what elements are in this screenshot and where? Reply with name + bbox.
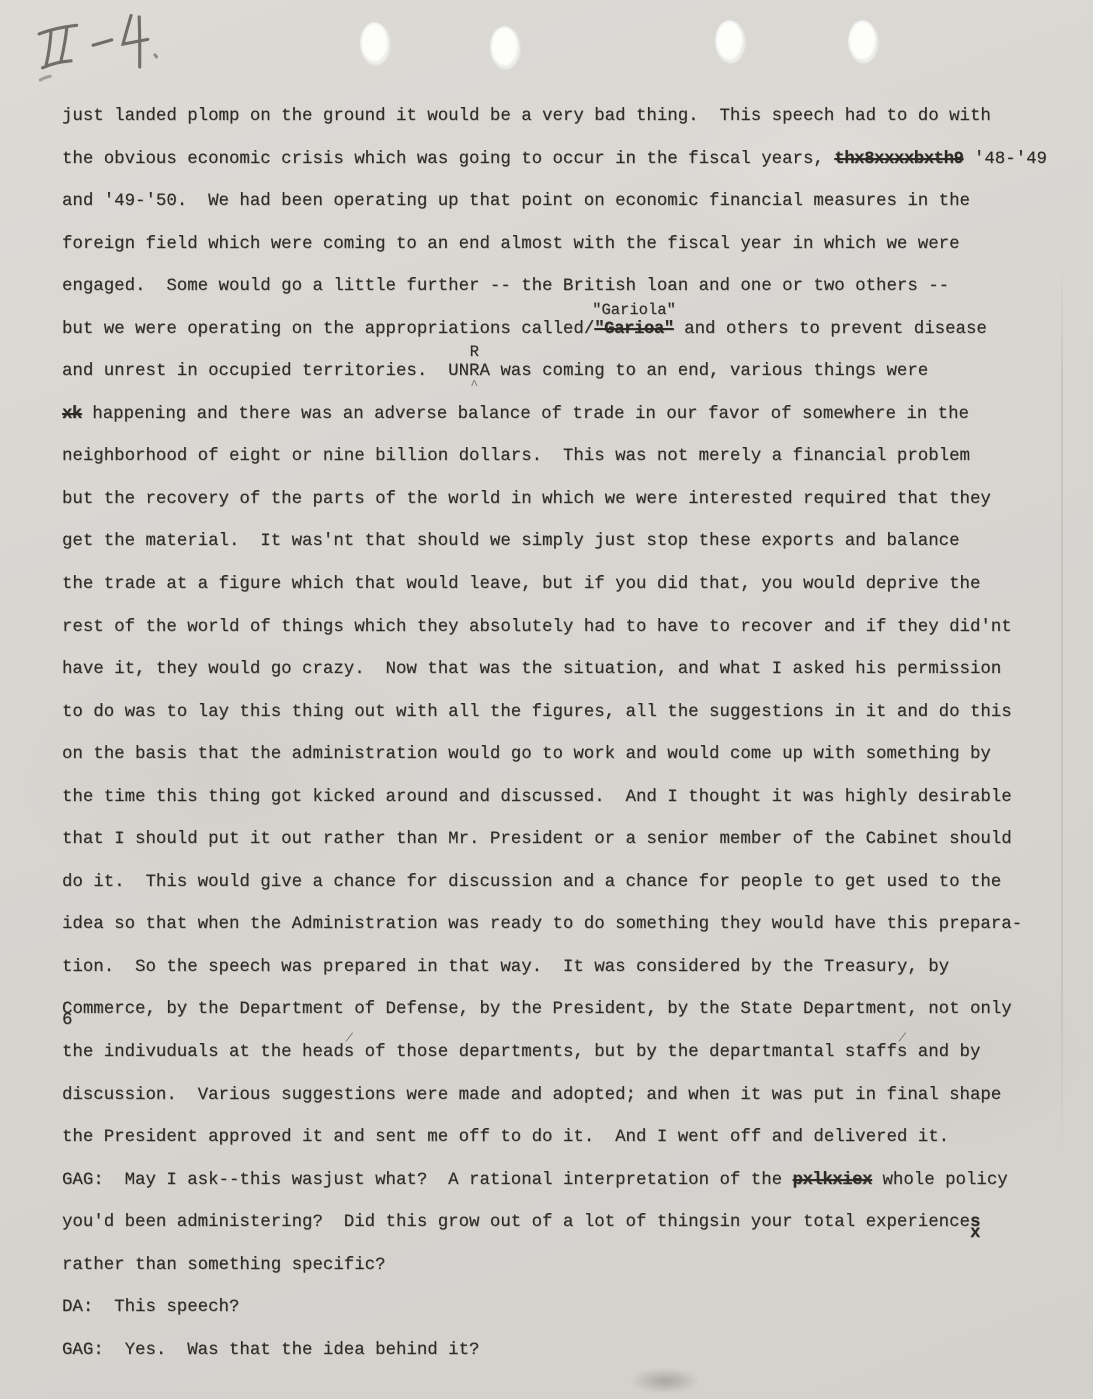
struck-out-text: xk bbox=[62, 405, 82, 424]
typed-line: the indivuduals at the heads∕ of those d… bbox=[62, 1032, 1073, 1075]
typed-text: whole policy bbox=[872, 1171, 1008, 1190]
typed-line: the time this thing got kicked around an… bbox=[62, 777, 1073, 820]
typed-text: but we were operating on the appropriati… bbox=[62, 320, 584, 339]
typed-line: to do was to lay this thing out with all… bbox=[62, 692, 1073, 735]
typed-line: discussion. Various suggestions were mad… bbox=[62, 1075, 1073, 1118]
typed-text: on the basis that the administration wou… bbox=[62, 745, 991, 764]
typed-text: you'd been administering? Did this grow … bbox=[62, 1213, 970, 1232]
typed-text: the time this thing got kicked around an… bbox=[62, 788, 1012, 807]
typed-line: you'd been administering? Did this grow … bbox=[62, 1202, 1073, 1245]
punch-hole bbox=[360, 22, 389, 63]
typed-text: s∕ bbox=[344, 1043, 354, 1062]
typed-text: and others to prevent disease bbox=[674, 320, 987, 339]
typed-line: foreign field which were coming to an en… bbox=[62, 224, 1073, 267]
typed-text: ommerce, by the Department of Defense, b… bbox=[72, 1000, 1011, 1019]
typed-line: the obvious economic crisis which was go… bbox=[62, 139, 1073, 182]
typed-text: C6 bbox=[62, 1000, 72, 1019]
typed-text: do it. This would give a chance for disc… bbox=[62, 873, 1001, 892]
typed-text: '48-'49 bbox=[963, 150, 1047, 169]
typed-line: but we were operating on the appropriati… bbox=[62, 309, 1073, 352]
typed-text: and unrest in occupied territories. UN bbox=[62, 362, 469, 381]
typed-line: get the material. It was'nt that should … bbox=[62, 521, 1073, 564]
typed-text: happening and there was an adverse balan… bbox=[82, 405, 969, 424]
typed-line: just landed plomp on the ground it would… bbox=[62, 96, 1073, 139]
typed-text: and by bbox=[907, 1043, 980, 1062]
typed-text: rest of the world of things which they a… bbox=[62, 618, 1012, 637]
typed-text: rather than something specific? bbox=[62, 1256, 386, 1275]
typed-text: have it, they would go crazy. Now that w… bbox=[62, 660, 1001, 679]
typed-line: that I should put it out rather than Mr.… bbox=[62, 819, 1073, 862]
typed-line: DA: This speech? bbox=[62, 1287, 1073, 1330]
typed-text: tion. So the speech was prepared in that… bbox=[62, 958, 949, 977]
inserted-text-above: "Gariola" bbox=[592, 303, 676, 318]
typed-text: A was coming to an end, various things w… bbox=[479, 362, 928, 381]
typed-line: do it. This would give a chance for disc… bbox=[62, 862, 1073, 905]
typed-line: and unrest in occupied territories. UNRR… bbox=[62, 351, 1073, 394]
typed-line: but the recovery of the parts of the wor… bbox=[62, 479, 1073, 522]
typed-line: GAG: Yes. Was that the idea behind it? bbox=[62, 1330, 1073, 1373]
typed-line: the President approved it and sent me of… bbox=[62, 1117, 1073, 1160]
typed-text: and '49-'50. We had been operating up th… bbox=[62, 192, 970, 211]
caret-insertion-mark: ^ bbox=[470, 381, 478, 391]
typed-text: engaged. Some would go a little further … bbox=[62, 277, 949, 296]
typed-text: GAG: Yes. Was that the idea behind it? bbox=[62, 1341, 479, 1360]
punch-hole bbox=[490, 26, 519, 67]
typed-text: GAG: May I ask--this wasjust what? A rat… bbox=[62, 1171, 793, 1190]
typed-line: GAG: May I ask--this wasjust what? A rat… bbox=[62, 1160, 1073, 1203]
typed-line: the trade at a figure which that would l… bbox=[62, 564, 1073, 607]
typed-text: the trade at a figure which that would l… bbox=[62, 575, 980, 594]
typed-text: / bbox=[584, 320, 594, 339]
inserted-text-above: R bbox=[470, 345, 479, 360]
typed-text: just landed plomp on the ground it would… bbox=[62, 107, 991, 126]
typed-text: get the material. It was'nt that should … bbox=[62, 532, 960, 551]
document-page: just landed plomp on the ground it would… bbox=[0, 0, 1093, 1399]
typed-text: sx bbox=[970, 1213, 980, 1232]
typed-line: rest of the world of things which they a… bbox=[62, 607, 1073, 650]
typed-text: the indivuduals at the head bbox=[62, 1043, 344, 1062]
struck-out-text: thx8xxxxbxth9 bbox=[834, 150, 963, 169]
overtyped-char: 6 bbox=[62, 1000, 72, 1043]
overtyped-char: x bbox=[970, 1213, 980, 1256]
typed-text: discussion. Various suggestions were mad… bbox=[62, 1086, 1001, 1105]
typed-line: neighborhood of eight or nine billion do… bbox=[62, 436, 1073, 479]
typed-text: neighborhood of eight or nine billion do… bbox=[62, 447, 970, 466]
typed-line: idea so that when the Administration was… bbox=[62, 904, 1073, 947]
punch-hole bbox=[715, 20, 744, 61]
typed-text: of those departments, but by the departm… bbox=[354, 1043, 897, 1062]
typed-text: DA: This speech? bbox=[62, 1298, 239, 1317]
struck-out-text: "Garioa""Gariola" bbox=[594, 320, 674, 339]
typed-text: the obvious economic crisis which was go… bbox=[62, 150, 834, 169]
typed-line: xk happening and there was an adverse ba… bbox=[62, 394, 1073, 437]
typed-text: that I should put it out rather than Mr.… bbox=[62, 830, 1012, 849]
typed-line: rather than something specific? bbox=[62, 1245, 1073, 1288]
punch-hole bbox=[848, 20, 877, 61]
typed-line: tion. So the speech was prepared in that… bbox=[62, 947, 1073, 990]
typed-line: and '49-'50. We had been operating up th… bbox=[62, 181, 1073, 224]
paper-smudge bbox=[630, 1368, 700, 1394]
typed-line: C6ommerce, by the Department of Defense,… bbox=[62, 989, 1073, 1032]
handwritten-page-number bbox=[26, 4, 176, 88]
typed-text: the President approved it and sent me of… bbox=[62, 1128, 949, 1147]
struck-out-text: pxlkxiex bbox=[793, 1171, 873, 1190]
typed-text: RR^ bbox=[469, 362, 479, 381]
paper-crease bbox=[1061, 255, 1063, 1160]
typed-line: engaged. Some would go a little further … bbox=[62, 266, 1073, 309]
typed-line: have it, they would go crazy. Now that w… bbox=[62, 649, 1073, 692]
typed-text: but the recovery of the parts of the wor… bbox=[62, 490, 991, 509]
typed-line: on the basis that the administration wou… bbox=[62, 734, 1073, 777]
typed-text: s∕ bbox=[897, 1043, 907, 1062]
typed-text: idea so that when the Administration was… bbox=[62, 915, 1022, 934]
typed-text: foreign field which were coming to an en… bbox=[62, 235, 960, 254]
typed-text-block: just landed plomp on the ground it would… bbox=[62, 96, 1073, 1372]
typed-text: to do was to lay this thing out with all… bbox=[62, 703, 1012, 722]
